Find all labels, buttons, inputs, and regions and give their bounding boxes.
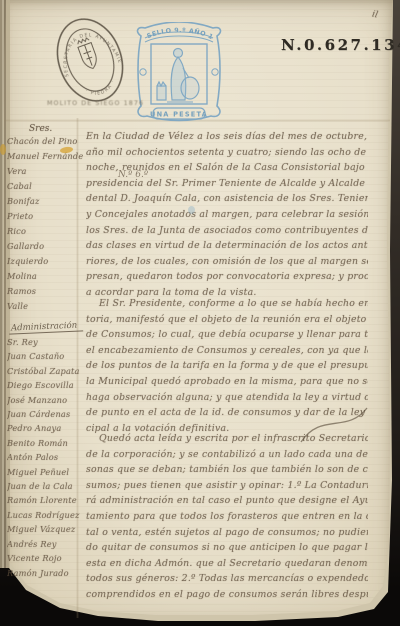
oval-stamp-crest [76, 37, 100, 71]
associate-name: Ramón Jurado [7, 566, 83, 580]
manuscript-line: do quitar de consumos si no que anticipe… [86, 540, 368, 556]
pen-flourish [297, 404, 371, 450]
manuscript-line: todos sus géneros: 2.º Todas las mercanc… [86, 571, 368, 587]
attendee-name: Ramos [7, 284, 83, 299]
scanned-manuscript-page: SECRETARIA DEL AYUNTAMIENTO · PIEDRA · [0, 0, 400, 626]
attendee-name: Vera [7, 164, 83, 179]
attendee-name: Gallardo [7, 239, 83, 254]
associate-name: Benito Román [7, 436, 83, 450]
associate-name: Antón Palos [7, 450, 83, 464]
fiscal-revenue-stamp: SELLO 9.º AÑO 1875 UNA PESETA [131, 22, 227, 124]
attendee-name: Izquierdo [7, 254, 83, 269]
manuscript-line: presidencia del Sr. Primer Teniente de A… [86, 176, 368, 192]
allegorical-figure [157, 49, 199, 103]
body-paragraph-3: Quedó acta leída y escrita por el infras… [86, 431, 368, 603]
manuscript-line: comprendidos en el pago de consumos será… [86, 587, 368, 603]
manuscript-line: haga observación alguna; y que atendida … [86, 390, 368, 406]
margin-section-heading: Administración [9, 320, 84, 334]
attendee-name: Rico [7, 224, 83, 239]
attendee-name-list: Chacón del PinoManuel Fernández 9.ºVeraC… [7, 134, 83, 314]
manuscript-line: de Consumos; lo cual, que debía ocuparse… [86, 327, 368, 343]
associate-name: Vicente Rojo [7, 551, 83, 565]
manuscript-line: noche, reunidos en el Salón de la Casa C… [86, 160, 368, 176]
attendee-name: Molina [7, 269, 83, 284]
associate-name-list: Sr. ReyJuan CastañoCristóbal ZapataDiego… [7, 335, 83, 580]
associate-name: Ramón Llorente [7, 493, 83, 507]
manuscript-line: esta en dicha Admón. que al Secretario q… [86, 556, 368, 572]
blue-ink-smudge [188, 206, 195, 214]
associate-name: Miguel Vázquez [7, 522, 83, 536]
stamp-bottom-banner-text: UNA PESETA [150, 111, 208, 119]
manuscript-line: de los puntos de la tarifa en la forma y… [86, 358, 368, 374]
manuscript-line: toria, manifestó que el objeto de la reu… [86, 312, 368, 328]
manuscript-line: la Municipal quedó aprobado en la misma,… [86, 374, 368, 390]
associate-name: José Manzano [7, 393, 83, 407]
associate-name: Diego Escovilla [7, 378, 83, 392]
manuscript-line: sonas que se deban; también los que tamb… [86, 462, 368, 478]
manuscript-line: En la Ciudad de Vélez a los seis días de… [86, 129, 368, 145]
manuscript-line: rá administración en tal caso el punto q… [86, 493, 368, 509]
associate-name: Cristóbal Zapata [7, 364, 83, 378]
margin-attendees-column: Sres. Chacón del PinoManuel Fernández 9.… [7, 124, 83, 580]
associate-name: Juan de la Cala [7, 479, 83, 493]
manuscript-line: tal o venta, estén sujetos al pago de co… [86, 525, 368, 541]
faded-control-overprint: MOLITO DE SIEGO 1876 [47, 100, 144, 107]
manuscript-line: y Concejales anotados al margen, para ce… [86, 207, 368, 223]
manuscript-line: dental D. Joaquín Cala, con asistencia d… [86, 191, 368, 207]
body-paragraph-1: En la Ciudad de Vélez a los seis días de… [86, 129, 368, 301]
attendee-name: Cabal [7, 179, 83, 194]
attendee-name: Prieto [7, 209, 83, 224]
manuscript-line: el encabezamiento de Consumos y cereales… [86, 343, 368, 359]
manuscript-line: tamiento para que todos los forasteros q… [86, 509, 368, 525]
manuscript-line: sumos; pues tienen que asistir y opinar:… [86, 478, 368, 494]
associate-name: Sr. Rey [7, 335, 83, 349]
associate-name: Lucas Rodríguez [7, 508, 83, 522]
manuscript-line: presan, quedaron todos por convocatoria … [86, 269, 368, 285]
associate-name: Juan Cárdenas [7, 407, 83, 421]
associate-name: Pedro Anaya [7, 421, 83, 435]
manuscript-line: riores, de los cuales, con omisión de lo… [86, 254, 368, 270]
manuscript-line: El Sr. Presidente, conforme a lo que se … [86, 296, 368, 312]
associate-name: Andrés Rey [7, 537, 83, 551]
attendee-name: Bonifaz [7, 194, 83, 209]
manuscript-line: año mil ochocientos setenta y cuatro; si… [86, 145, 368, 161]
edge-stain [0, 144, 6, 155]
document-serial-number: N.0.627.134 [281, 36, 400, 54]
associate-name: Juan Castaño [7, 349, 83, 363]
associate-name: Miguel Peñuel [7, 465, 83, 479]
margin-heading: Sres. [29, 124, 83, 134]
attendee-name: Valle [7, 299, 83, 314]
manuscript-line: das clases en virtud de la determinación… [86, 238, 368, 254]
manuscript-line: los Sres. de la Junta de asociados como … [86, 223, 368, 239]
